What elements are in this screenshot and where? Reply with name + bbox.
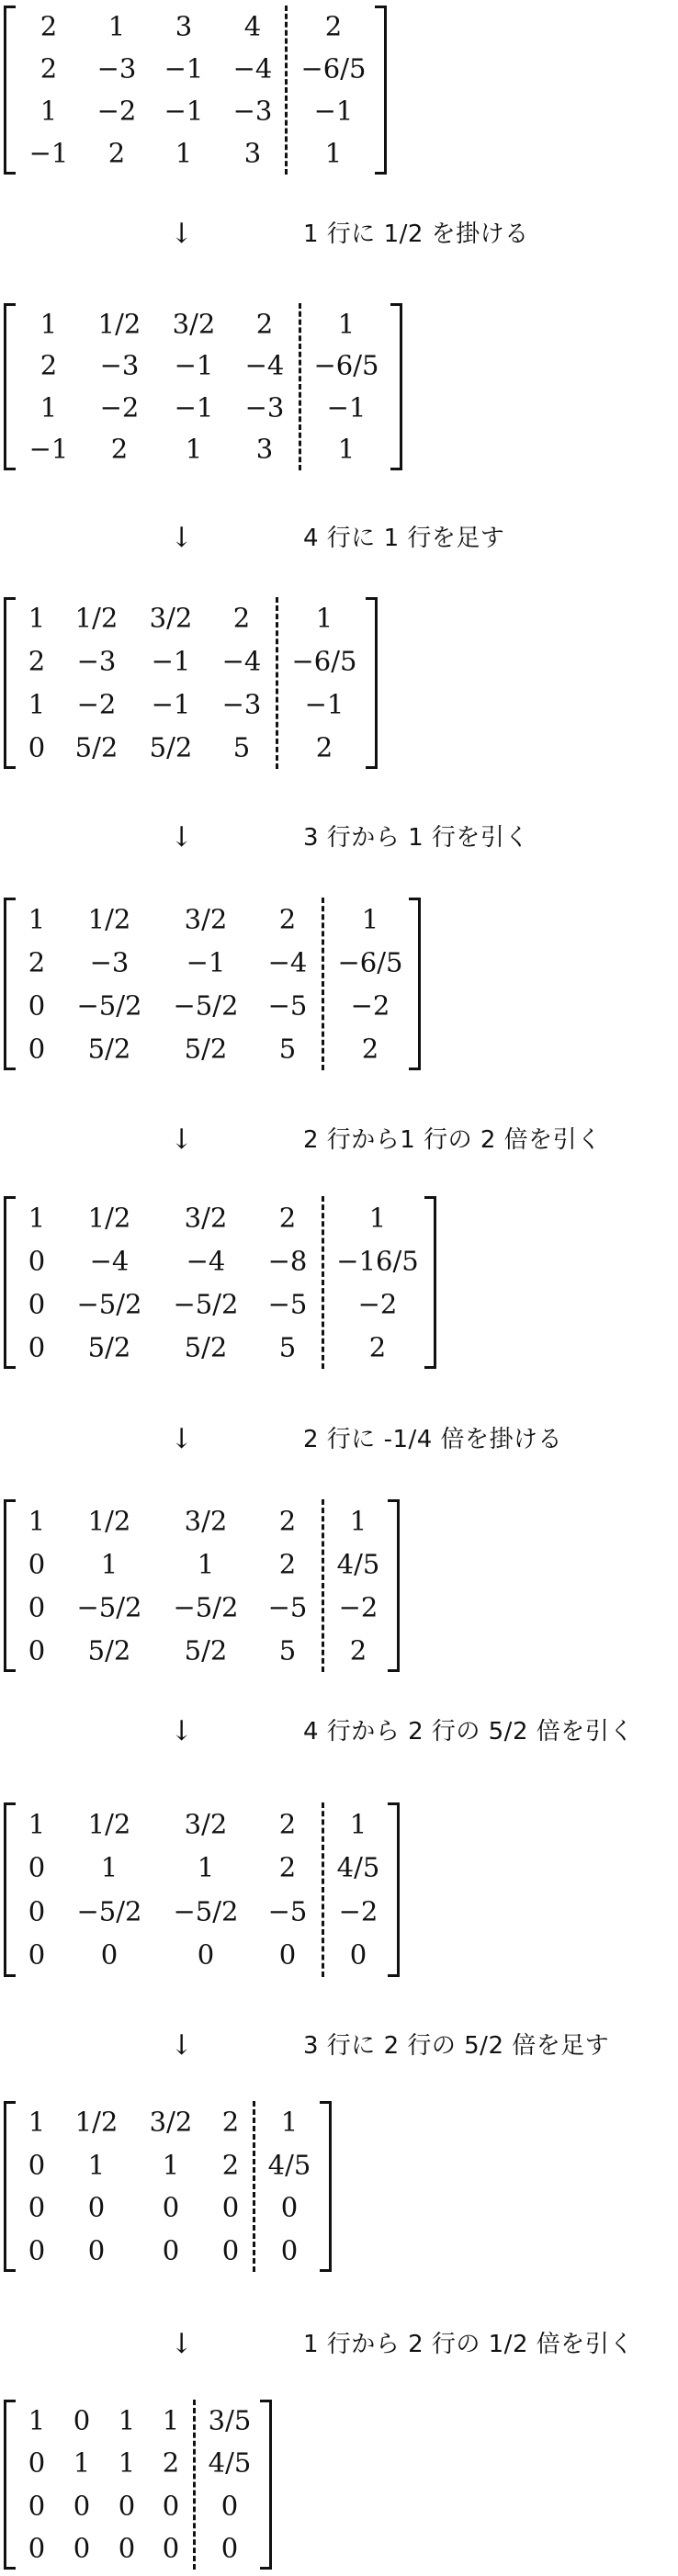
- rhs-cell: 1: [338, 311, 355, 337]
- matrix-cell: 1: [28, 691, 45, 717]
- matrix-cell: 0: [28, 1942, 45, 1969]
- matrix-cell: 3/2: [185, 906, 228, 932]
- matrix-cell: 2: [222, 2152, 239, 2178]
- matrix-cell: 1/2: [75, 605, 119, 632]
- matrix-cell: −5/2: [77, 1898, 142, 1925]
- matrix-cell: 0: [28, 2237, 45, 2264]
- left-bracket: [4, 6, 16, 175]
- matrix-cell: 5/2: [185, 1334, 228, 1361]
- matrix-cell: 2: [279, 1508, 296, 1534]
- left-bracket: [4, 898, 16, 1070]
- matrix-cell: 2: [222, 2109, 239, 2136]
- rhs-cell: 2: [369, 1334, 386, 1361]
- operation-step: ↓ 3 行から 1 行を引く: [0, 819, 678, 856]
- matrix-cell: 3/2: [150, 605, 193, 632]
- matrix-cell: 1: [28, 2109, 45, 2136]
- rhs-cell: 1: [281, 2109, 298, 2136]
- augmented-matrix: 213422−3−1−4−6/51−2−1−3−1−12131: [0, 6, 395, 175]
- left-bracket: [4, 1499, 16, 1672]
- matrix-cell: 1/2: [88, 1508, 131, 1534]
- matrix-cell: −5/2: [174, 1594, 239, 1621]
- matrix-cell: 1: [28, 605, 45, 632]
- matrix-cell: −4: [186, 1248, 226, 1274]
- augmented-matrix: 11/23/2210−4−4−8−16/50−5/2−5/2−5−205/25/…: [0, 1196, 445, 1369]
- matrix-cell: 1: [40, 394, 57, 421]
- left-bracket: [4, 597, 16, 769]
- matrix-cell: 1: [73, 2450, 90, 2477]
- augmented-matrix: 11/23/22101124/50−5/2−5/2−5−200000: [0, 1802, 408, 1977]
- matrix-cell: −3: [245, 394, 285, 421]
- augmented-divider: [322, 898, 324, 1070]
- matrix-cell: 0: [198, 1942, 214, 1969]
- right-bracket: [424, 1196, 436, 1369]
- matrix-cell: 3: [244, 141, 261, 167]
- rhs-cell: 0: [221, 2492, 238, 2519]
- matrix-cell: 2: [256, 311, 273, 337]
- matrix-cell: 0: [88, 2237, 105, 2264]
- matrix-cell: −1: [164, 98, 204, 125]
- matrix-cell: 1: [198, 1855, 214, 1881]
- matrix-cell: 1: [40, 98, 57, 125]
- down-arrow-icon: ↓: [170, 2326, 193, 2363]
- rhs-cell: 4/5: [268, 2152, 311, 2178]
- matrix-cell: 0: [88, 2195, 105, 2221]
- matrix-cell: 1: [28, 1204, 45, 1231]
- matrix-cell: −4: [90, 1248, 130, 1274]
- matrix-cell: −3: [90, 949, 130, 976]
- matrix-cell: 5/2: [88, 1334, 131, 1361]
- matrix-cell: 5/2: [150, 734, 193, 761]
- matrix-cell: 1: [163, 2152, 179, 2178]
- rhs-cell: 4/5: [337, 1855, 380, 1881]
- matrix-cell: 0: [28, 2535, 45, 2561]
- matrix-cell: −5: [268, 992, 308, 1019]
- operation-label: 4 行に 1 行を足す: [303, 520, 504, 557]
- rhs-cell: −2: [339, 1898, 379, 1925]
- rhs-cell: 1: [362, 906, 379, 932]
- left-bracket: [4, 303, 16, 470]
- augmented-divider: [322, 1196, 324, 1369]
- matrix-cell: 0: [28, 1248, 45, 1274]
- matrix-cell: 0: [163, 2535, 179, 2561]
- matrix-cell: 4: [244, 14, 261, 40]
- matrix-cell: 0: [28, 1035, 45, 1062]
- matrix-cell: 5/2: [185, 1637, 228, 1664]
- matrix-cell: 5/2: [75, 734, 119, 761]
- operation-label: 2 行に -1/4 倍を掛ける: [303, 1421, 562, 1458]
- matrix-cell: 0: [163, 2195, 179, 2221]
- matrix-cell: −5/2: [174, 1291, 239, 1317]
- augmented-divider: [322, 1802, 324, 1977]
- augmented-matrix: 11/23/2212−3−1−4−6/50−5/2−5/2−5−205/25/2…: [0, 898, 429, 1070]
- left-bracket: [4, 2400, 16, 2570]
- matrix-cell: 0: [119, 2535, 135, 2561]
- matrix-cell: 1: [40, 311, 57, 337]
- matrix-cell: 5: [279, 1334, 296, 1361]
- down-arrow-icon: ↓: [170, 216, 193, 253]
- matrix-cell: 1: [101, 1855, 118, 1881]
- matrix-cell: −1: [175, 353, 214, 379]
- matrix-cell: 2: [279, 1551, 296, 1577]
- matrix-cell: 3/2: [185, 1508, 228, 1534]
- matrix-cell: 2: [279, 906, 296, 932]
- matrix-cell: 1/2: [75, 2109, 119, 2136]
- matrix-cell: 1: [119, 2408, 135, 2435]
- augmented-divider: [276, 597, 278, 769]
- matrix-cell: 0: [28, 1551, 45, 1577]
- matrix-cell: −5/2: [174, 992, 239, 1019]
- rhs-cell: −6/5: [301, 56, 367, 83]
- matrix-cell: 1/2: [98, 311, 141, 337]
- operation-step: ↓ 2 行に -1/4 倍を掛ける: [0, 1421, 678, 1458]
- matrix-cell: 2: [279, 1811, 296, 1837]
- rhs-cell: −1: [305, 691, 345, 717]
- matrix-cell: 2: [111, 436, 128, 463]
- matrix-cell: −1: [175, 394, 214, 421]
- matrix-cell: 2: [40, 353, 57, 379]
- matrix-cell: −8: [268, 1248, 308, 1274]
- operation-label: 1 行から 2 行の 1/2 倍を引く: [303, 2326, 634, 2363]
- rhs-cell: 4/5: [337, 1551, 380, 1577]
- matrix-cell: −1: [186, 949, 226, 976]
- matrix-cell: 1: [101, 1551, 118, 1577]
- augmented-divider: [299, 303, 301, 470]
- matrix-cell: −4: [245, 353, 285, 379]
- rhs-cell: 1: [338, 436, 355, 463]
- matrix-cell: 2: [28, 649, 45, 675]
- matrix-cell: −3: [100, 353, 140, 379]
- right-bracket: [390, 303, 402, 470]
- matrix-cell: −1: [29, 436, 69, 463]
- matrix-cell: 1: [28, 2408, 45, 2435]
- matrix-cell: −5: [268, 1291, 308, 1317]
- augmented-matrix: 10113/501124/50000000000: [0, 2400, 280, 2570]
- operation-step: ↓ 1 行に 1/2 を掛ける: [0, 216, 678, 253]
- matrix-cell: 0: [222, 2195, 239, 2221]
- rhs-cell: 2: [362, 1035, 379, 1062]
- operation-step: ↓ 3 行に 2 行の 5/2 倍を足す: [0, 2028, 678, 2064]
- down-arrow-icon: ↓: [170, 1421, 193, 1458]
- augmented-matrix: 11/23/22101124/50000000000: [0, 2101, 340, 2272]
- matrix-cell: 1: [28, 1508, 45, 1534]
- operation-label: 1 行に 1/2 を掛ける: [303, 216, 529, 253]
- rhs-cell: 1: [325, 141, 342, 167]
- matrix-cell: 3/2: [150, 2109, 193, 2136]
- matrix-cell: 0: [73, 2408, 90, 2435]
- matrix-cell: 2: [279, 1204, 296, 1231]
- right-bracket: [260, 2400, 272, 2570]
- matrix-cell: 0: [28, 2152, 45, 2178]
- rhs-cell: −2: [358, 1291, 398, 1317]
- rhs-cell: 0: [350, 1942, 367, 1969]
- right-bracket: [388, 1802, 400, 1977]
- right-bracket: [320, 2101, 332, 2272]
- matrix-cell: 0: [73, 2492, 90, 2519]
- matrix-cell: −4: [268, 949, 308, 976]
- right-bracket: [366, 597, 378, 769]
- matrix-cell: −5/2: [77, 1594, 142, 1621]
- down-arrow-icon: ↓: [170, 819, 193, 856]
- matrix-cell: 0: [28, 2450, 45, 2477]
- rhs-cell: −6/5: [338, 949, 403, 976]
- matrix-cell: 2: [279, 1855, 296, 1881]
- matrix-cell: 0: [28, 1291, 45, 1317]
- down-arrow-icon: ↓: [170, 520, 193, 557]
- right-bracket: [409, 898, 421, 1070]
- rhs-cell: 2: [350, 1637, 367, 1664]
- matrix-cell: 5: [279, 1637, 296, 1664]
- matrix-cell: 3/2: [185, 1811, 228, 1837]
- matrix-cell: 3: [256, 436, 273, 463]
- rhs-cell: −1: [314, 98, 354, 125]
- augmented-divider: [285, 6, 288, 175]
- right-bracket: [388, 1499, 400, 1672]
- rhs-cell: −2: [351, 992, 390, 1019]
- augmented-divider: [193, 2400, 196, 2570]
- matrix-cell: 1: [108, 14, 125, 40]
- rhs-cell: −6/5: [314, 353, 379, 379]
- matrix-cell: −5: [268, 1594, 308, 1621]
- rhs-cell: 1: [350, 1508, 367, 1534]
- matrix-cell: 1: [198, 1551, 214, 1577]
- matrix-cell: −5/2: [77, 992, 142, 1019]
- augmented-matrix: 11/23/2212−3−1−4−6/51−2−1−3−1−12131: [0, 303, 411, 470]
- matrix-cell: 1/2: [88, 906, 131, 932]
- matrix-cell: 0: [163, 2492, 179, 2519]
- matrix-cell: −3: [222, 691, 262, 717]
- augmented-divider: [322, 1499, 324, 1672]
- matrix-cell: 1: [186, 436, 202, 463]
- matrix-cell: 5/2: [185, 1035, 228, 1062]
- matrix-cell: 1: [88, 2152, 105, 2178]
- rhs-cell: 0: [281, 2195, 298, 2221]
- matrix-cell: 1: [28, 906, 45, 932]
- matrix-cell: 2: [233, 605, 250, 632]
- matrix-cell: 1/2: [88, 1811, 131, 1837]
- matrix-cell: 1: [175, 141, 192, 167]
- augmented-matrix: 11/23/22101124/50−5/2−5/2−5−205/25/252: [0, 1499, 408, 1672]
- matrix-cell: −1: [152, 649, 191, 675]
- matrix-cell: 0: [28, 992, 45, 1019]
- matrix-cell: 0: [119, 2492, 135, 2519]
- matrix-cell: 5: [233, 734, 250, 761]
- matrix-cell: 1/2: [88, 1204, 131, 1231]
- operation-label: 4 行から 2 行の 5/2 倍を引く: [303, 1713, 634, 1750]
- operation-step: ↓ 2 行から1 行の 2 倍を引く: [0, 1122, 678, 1158]
- matrix-cell: −2: [97, 98, 137, 125]
- rhs-cell: 2: [316, 734, 333, 761]
- matrix-cell: 0: [28, 2195, 45, 2221]
- matrix-cell: −4: [222, 649, 262, 675]
- matrix-cell: 1: [28, 1811, 45, 1837]
- matrix-cell: −3: [97, 56, 137, 83]
- matrix-cell: −4: [233, 56, 273, 83]
- matrix-cell: 5/2: [88, 1637, 131, 1664]
- down-arrow-icon: ↓: [170, 1713, 193, 1750]
- matrix-cell: −3: [77, 649, 117, 675]
- matrix-cell: 0: [222, 2237, 239, 2264]
- matrix-cell: −5/2: [174, 1898, 239, 1925]
- matrix-cell: 5: [279, 1035, 296, 1062]
- matrix-cell: −1: [29, 141, 69, 167]
- matrix-cell: 2: [163, 2450, 179, 2477]
- left-bracket: [4, 1196, 16, 1369]
- matrix-cell: −1: [164, 56, 204, 83]
- matrix-cell: 2: [40, 14, 57, 40]
- rhs-cell: −2: [339, 1594, 379, 1621]
- rhs-cell: 0: [281, 2237, 298, 2264]
- matrix-cell: 2: [108, 141, 125, 167]
- rhs-cell: 0: [221, 2535, 238, 2561]
- matrix-cell: 0: [28, 2492, 45, 2519]
- matrix-cell: 5/2: [88, 1035, 131, 1062]
- operation-label: 3 行に 2 行の 5/2 倍を足す: [303, 2028, 609, 2064]
- matrix-cell: −5: [268, 1898, 308, 1925]
- matrix-cell: 0: [28, 1594, 45, 1621]
- rhs-cell: 1: [369, 1204, 386, 1231]
- matrix-cell: 0: [279, 1942, 296, 1969]
- down-arrow-icon: ↓: [170, 2028, 193, 2064]
- matrix-cell: 0: [28, 734, 45, 761]
- matrix-cell: −5/2: [77, 1291, 142, 1317]
- rhs-cell: −1: [327, 394, 367, 421]
- matrix-cell: 3/2: [185, 1204, 228, 1231]
- rhs-cell: −6/5: [292, 649, 357, 675]
- matrix-cell: 3: [175, 14, 192, 40]
- rhs-cell: −16/5: [336, 1248, 418, 1274]
- matrix-cell: 0: [73, 2535, 90, 2561]
- operation-step: ↓ 4 行から 2 行の 5/2 倍を引く: [0, 1713, 678, 1750]
- rhs-cell: 4/5: [209, 2450, 252, 2477]
- matrix-cell: −2: [100, 394, 140, 421]
- matrix-cell: 1: [119, 2450, 135, 2477]
- matrix-cell: −3: [233, 98, 273, 125]
- operation-step: ↓ 4 行に 1 行を足す: [0, 520, 678, 557]
- matrix-cell: 2: [40, 56, 57, 83]
- left-bracket: [4, 1802, 16, 1977]
- matrix-cell: 2: [28, 949, 45, 976]
- rhs-cell: 1: [350, 1811, 367, 1837]
- right-bracket: [375, 6, 387, 175]
- left-bracket: [4, 2101, 16, 2272]
- matrix-cell: 0: [163, 2237, 179, 2264]
- operation-step: ↓ 1 行から 2 行の 1/2 倍を引く: [0, 2326, 678, 2363]
- rhs-cell: 1: [316, 605, 333, 632]
- augmented-matrix: 11/23/2212−3−1−4−6/51−2−1−3−105/25/252: [0, 597, 386, 769]
- augmented-divider: [253, 2101, 255, 2272]
- down-arrow-icon: ↓: [170, 1122, 193, 1158]
- operation-label: 2 行から1 行の 2 倍を引く: [303, 1122, 602, 1158]
- operation-label: 3 行から 1 行を引く: [303, 819, 529, 856]
- rhs-cell: 3/5: [209, 2408, 252, 2435]
- matrix-cell: −1: [152, 691, 191, 717]
- matrix-cell: 3/2: [173, 311, 216, 337]
- matrix-cell: 0: [28, 1855, 45, 1881]
- matrix-cell: 0: [28, 1898, 45, 1925]
- matrix-cell: −2: [77, 691, 117, 717]
- matrix-cell: 0: [101, 1942, 118, 1969]
- matrix-cell: 0: [28, 1334, 45, 1361]
- matrix-cell: 1: [163, 2408, 179, 2435]
- rhs-cell: 2: [325, 14, 342, 40]
- matrix-cell: 0: [28, 1637, 45, 1664]
